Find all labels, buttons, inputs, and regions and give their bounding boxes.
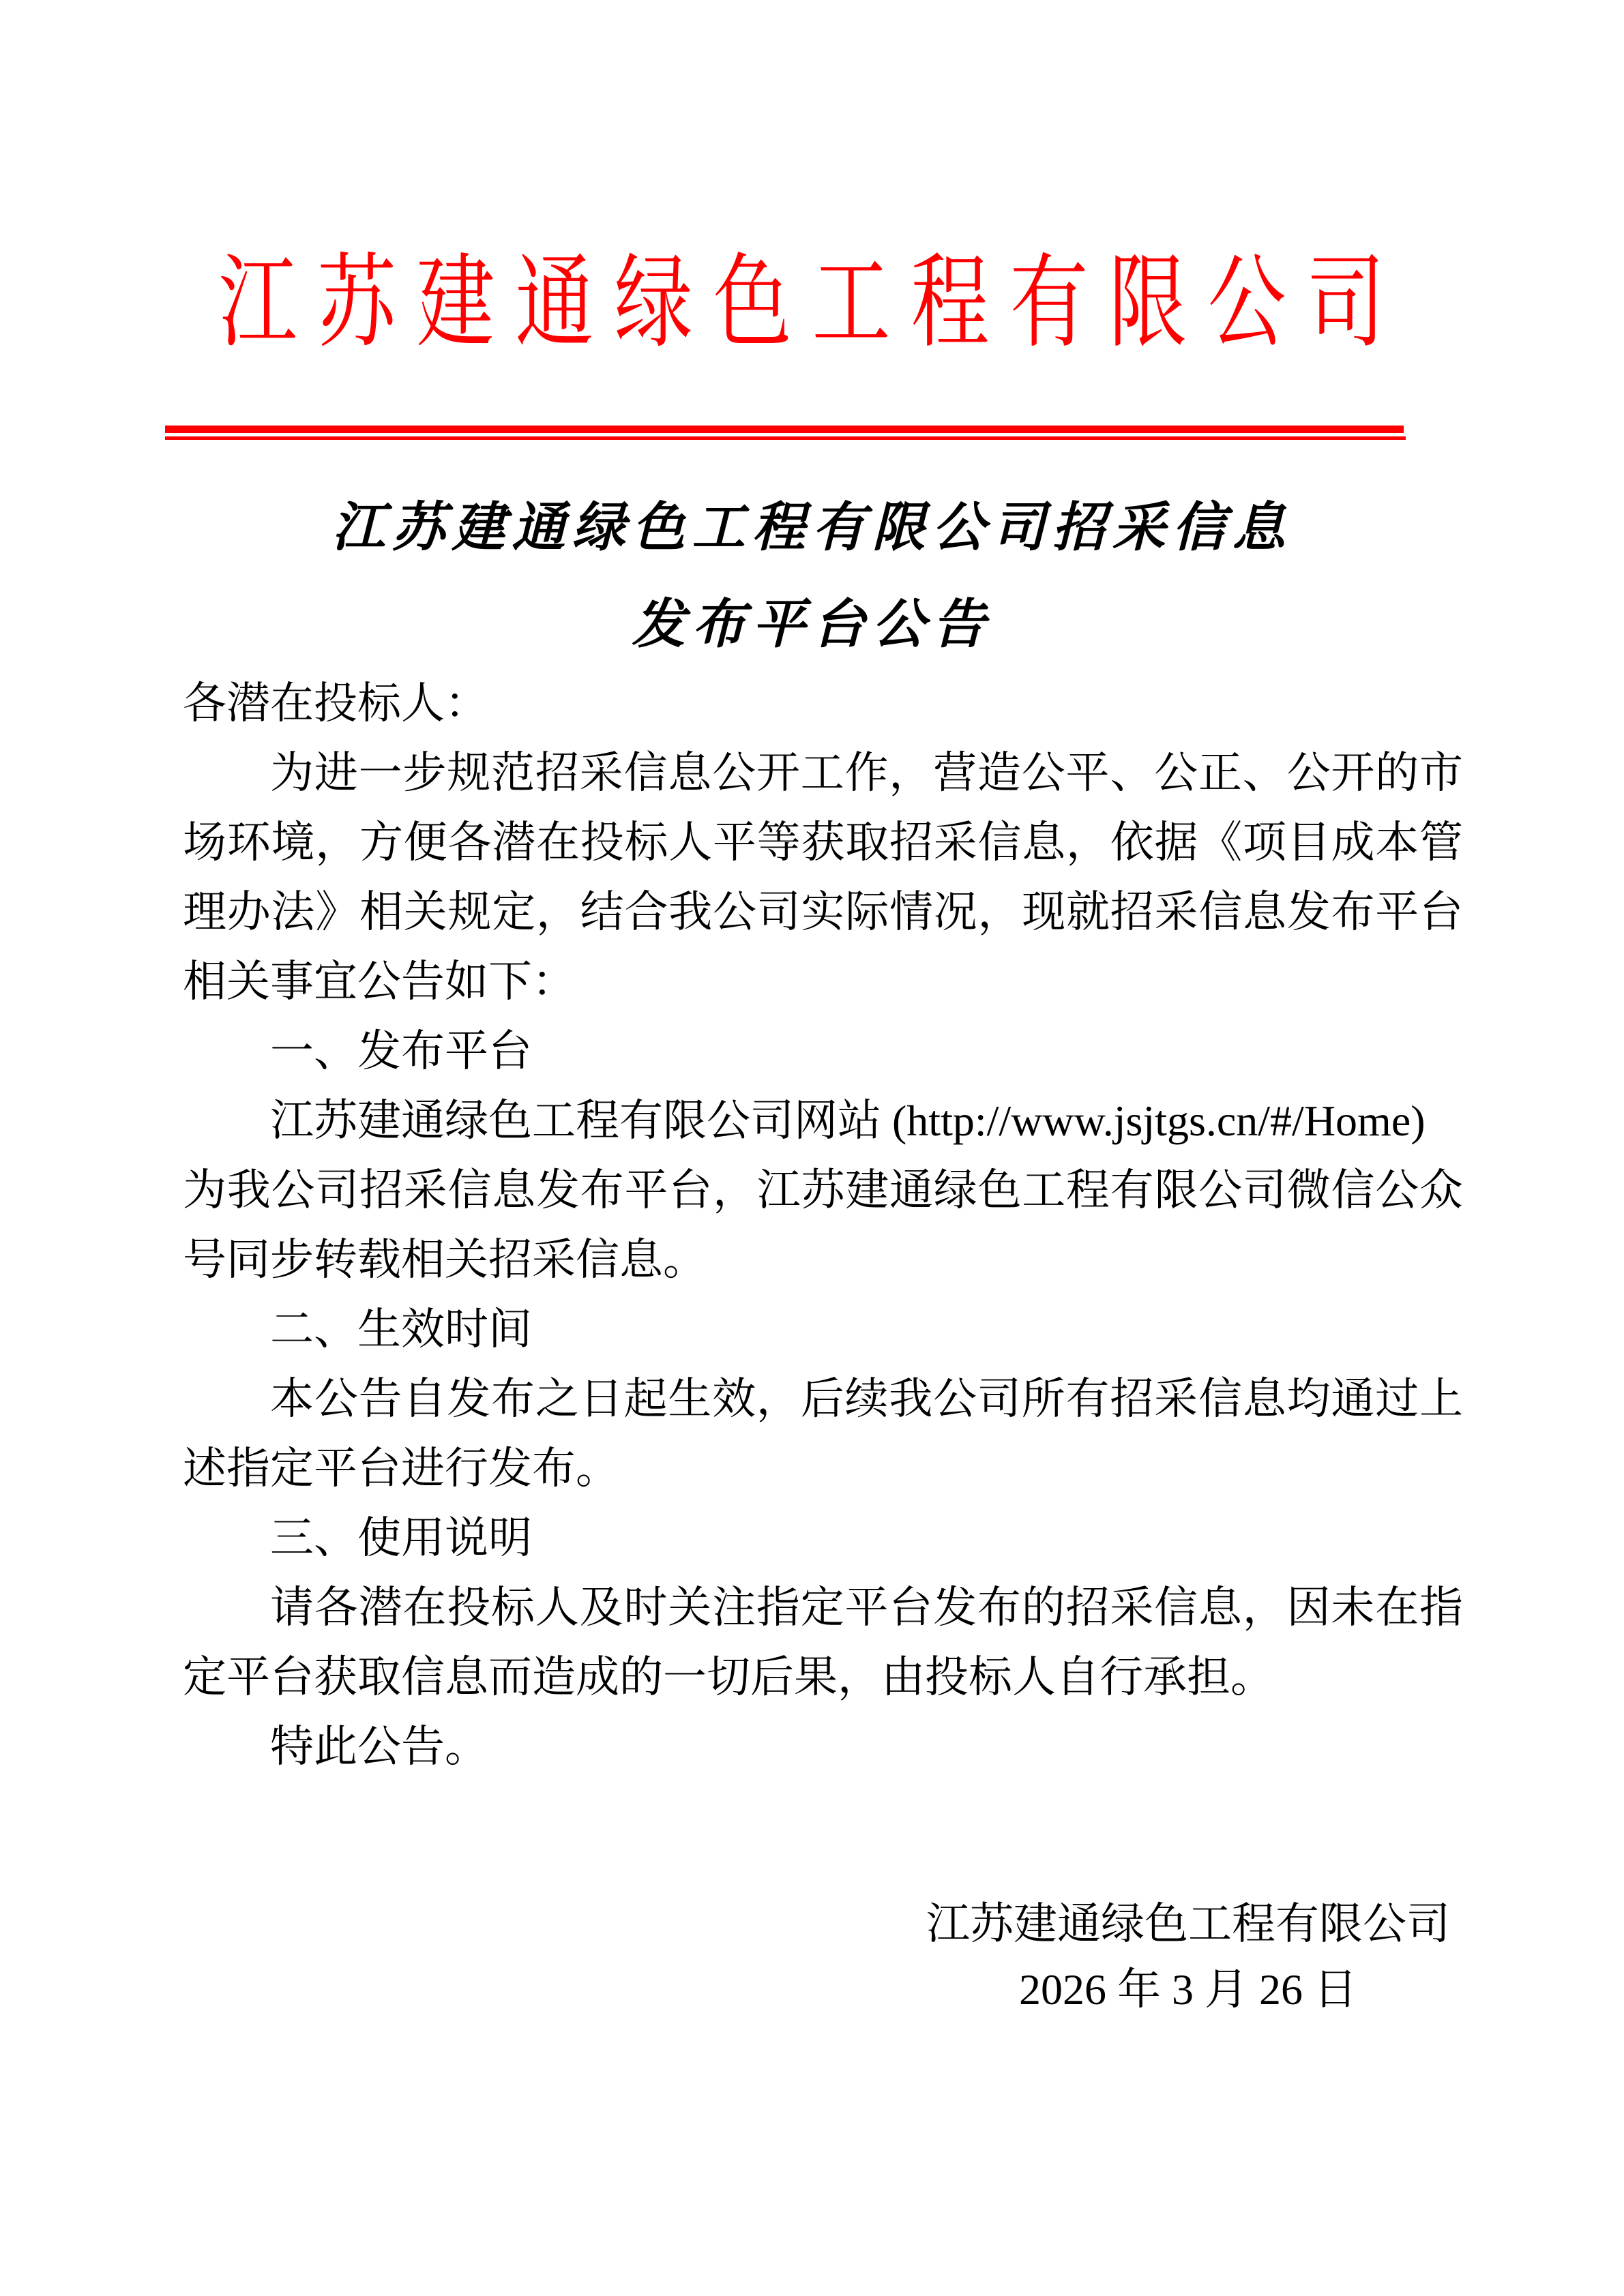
signature-date: 2026 年 3 月 26 日: [926, 1957, 1450, 2023]
body-line: 请各潜在投标人及时关注指定平台发布的招采信息，因未在指: [183, 1573, 1463, 1643]
body-line: 号同步转载相关招采信息。: [183, 1225, 1463, 1295]
body-line: 为我公司招采信息发布平台，江苏建通绿色工程有限公司微信公众: [183, 1156, 1463, 1225]
document-title-line2: 发布平台公告: [0, 576, 1624, 673]
document-title: 江苏建通绿色工程有限公司招采信息 发布平台公告: [0, 479, 1624, 673]
signature-block: 江苏建通绿色工程有限公司 2026 年 3 月 26 日: [926, 1892, 1450, 2023]
body-line: 述指定平台进行发布。: [183, 1434, 1463, 1504]
body-line: 场环境，方便各潜在投标人平等获取招采信息，依据《项目成本管: [183, 808, 1463, 878]
letterhead-rule-thick: [165, 426, 1404, 433]
body-line: 三、使用说明: [183, 1504, 1463, 1573]
document-page: 江苏建通绿色工程有限公司 江苏建通绿色工程有限公司招采信息 发布平台公告 各潜在…: [0, 0, 1624, 2296]
body-line: 为进一步规范招采信息公开工作，营造公平、公正、公开的市: [183, 739, 1463, 808]
body-line: 各潜在投标人：: [183, 669, 1463, 739]
document-title-line1: 江苏建通绿色工程有限公司招采信息: [0, 479, 1624, 576]
letterhead-rule-thin: [165, 436, 1406, 440]
letterhead-company-name: 江苏建通绿色工程有限公司: [0, 245, 1624, 363]
body-line: 理办法》相关规定，结合我公司实际情况，现就招采信息发布平台: [183, 878, 1463, 947]
body-line: 相关事宜公告如下：: [183, 947, 1463, 1017]
body-line: 定平台获取信息而造成的一切后果，由投标人自行承担。: [183, 1643, 1463, 1712]
body-line: 本公告自发布之日起生效，后续我公司所有招采信息均通过上: [183, 1365, 1463, 1434]
body-line: 一、发布平台: [183, 1017, 1463, 1086]
body-line: 江苏建通绿色工程有限公司网站 (http://www.jsjtgs.cn/#/H…: [183, 1086, 1463, 1156]
body-text: 各潜在投标人：为进一步规范招采信息公开工作，营造公平、公正、公开的市场环境，方便…: [183, 669, 1463, 1782]
signature-company: 江苏建通绿色工程有限公司: [926, 1892, 1450, 1957]
body-line: 二、生效时间: [183, 1295, 1463, 1365]
body-line: 特此公告。: [183, 1712, 1463, 1782]
